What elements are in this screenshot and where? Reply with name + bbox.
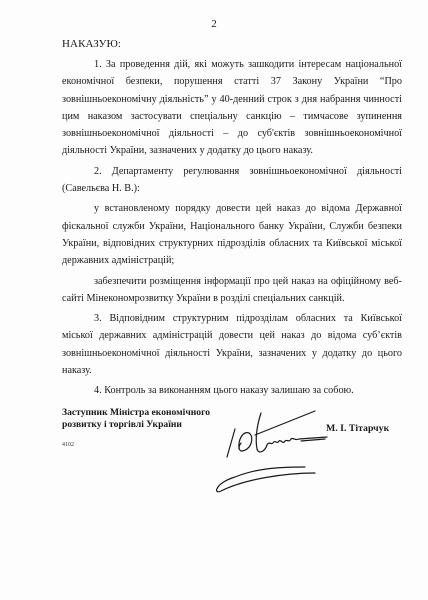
page-number: 2 (0, 18, 428, 30)
paragraph-1: 1. За проведення дій, які можуть зашкоди… (62, 56, 402, 160)
document-page: 2 НАКАЗУЮ: 1. За проведення дій, які мож… (0, 0, 428, 600)
paragraph-2: 2. Департаменту регулювання зовнішньоеко… (62, 163, 402, 198)
paragraph-4: 4. Контроль за виконанням цього наказу з… (62, 382, 402, 399)
document-code: 4102 (62, 442, 74, 448)
order-heading: НАКАЗУЮ: (62, 38, 121, 50)
handwritten-signature-icon (205, 405, 355, 495)
signer-position-line-2: розвитку і торгівлі України (62, 419, 210, 431)
paragraph-2-item-1: у встановленому порядку довести цей нака… (62, 200, 402, 269)
signer-position-line-1: Заступник Міністра економічного (62, 407, 210, 419)
signer-position: Заступник Міністра економічного розвитку… (62, 407, 210, 431)
paragraph-2-item-2: забезпечити розміщення інформації про це… (62, 273, 402, 308)
signer-name: М. І. Тітарчук (326, 423, 389, 434)
paragraph-3: 3. Відповідним структурним підрозділам о… (62, 310, 402, 379)
order-body: 1. За проведення дій, які можуть зашкоди… (62, 56, 402, 403)
